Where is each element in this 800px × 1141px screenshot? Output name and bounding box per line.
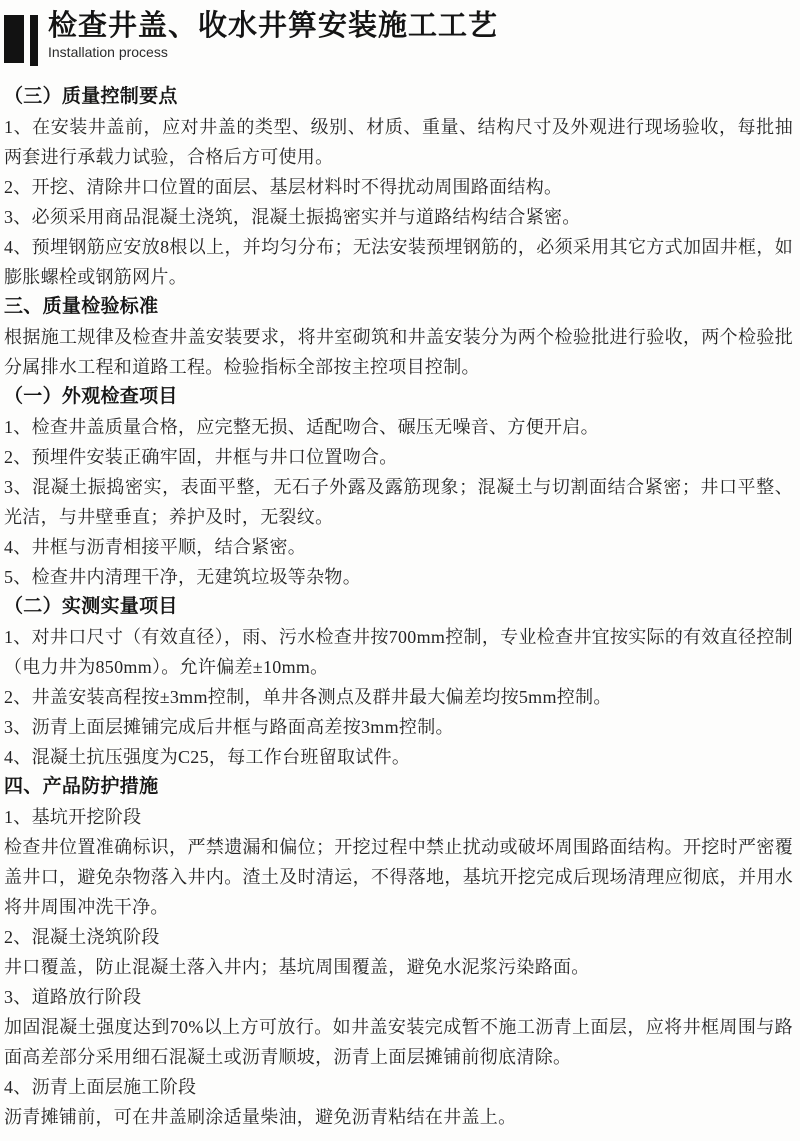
- paragraph: 1、对井口尺寸（有效直径），雨、污水检查井按700mm控制，专业检查井宜按实际的…: [4, 622, 793, 682]
- paragraph: 井口覆盖，防止混凝土落入井内；基坑周围覆盖，避免水泥浆污染路面。: [4, 952, 793, 982]
- section-heading: （二）实测实量项目: [4, 592, 793, 622]
- document-body: （三）质量控制要点1、在安装井盖前，应对井盖的类型、级别、材质、重量、结构尺寸及…: [4, 82, 793, 1132]
- paragraph: 检查井位置准确标识，严禁遗漏和偏位；开挖过程中禁止扰动或破坏周围路面结构。开挖时…: [4, 832, 793, 922]
- paragraph: 2、井盖安装高程按±3mm控制，单井各测点及群井最大偏差均按5mm控制。: [4, 682, 793, 712]
- thin-bar-icon: [30, 15, 38, 66]
- section-heading: 三、质量检验标准: [4, 292, 793, 322]
- document-page: 检查井盖、收水井箅安装施工工艺 Installation process （三）…: [0, 0, 800, 1141]
- document-header: 检查井盖、收水井箅安装施工工艺 Installation process: [4, 8, 793, 66]
- paragraph: 5、检查井内清理干净，无建筑垃圾等杂物。: [4, 562, 793, 592]
- paragraph: 1、基坑开挖阶段: [4, 802, 793, 832]
- paragraph: 3、必须采用商品混凝土浇筑，混凝土振捣密实并与道路结构结合紧密。: [4, 202, 793, 232]
- page-subtitle: Installation process: [48, 44, 498, 61]
- section-heading: 四、产品防护措施: [4, 772, 793, 802]
- paragraph: 3、道路放行阶段: [4, 982, 793, 1012]
- paragraph: 加固混凝土强度达到70%以上方可放行。如井盖安装完成暂不施工沥青上面层，应将井框…: [4, 1012, 793, 1072]
- paragraph: 2、开挖、清除井口位置的面层、基层材料时不得扰动周围路面结构。: [4, 172, 793, 202]
- paragraph: 4、混凝土抗压强度为C25，每工作台班留取试件。: [4, 742, 793, 772]
- paragraph: 1、在安装井盖前，应对井盖的类型、级别、材质、重量、结构尺寸及外观进行现场验收，…: [4, 112, 793, 172]
- title-bars-icon: [4, 8, 38, 66]
- paragraph: 沥青摊铺前，可在井盖刷涂适量柴油，避免沥青粘结在井盖上。: [4, 1102, 793, 1132]
- paragraph: 4、沥青上面层施工阶段: [4, 1072, 793, 1102]
- paragraph: 2、预埋件安装正确牢固，井框与井口位置吻合。: [4, 442, 793, 472]
- paragraph: 4、预埋钢筋应安放8根以上，并均匀分布；无法安装预埋钢筋的，必须采用其它方式加固…: [4, 232, 793, 292]
- paragraph: 根据施工规律及检查井盖安装要求，将井室砌筑和井盖安装分为两个检验批进行验收，两个…: [4, 322, 793, 382]
- thick-bar-icon: [4, 15, 24, 63]
- paragraph: 1、检查井盖质量合格，应完整无损、适配吻合、碾压无噪音、方便开启。: [4, 412, 793, 442]
- paragraph: 3、沥青上面层摊铺完成后井框与路面高差按3mm控制。: [4, 712, 793, 742]
- section-heading: （三）质量控制要点: [4, 82, 793, 112]
- page-title: 检查井盖、收水井箅安装施工工艺: [48, 8, 498, 44]
- paragraph: 3、混凝土振捣密实，表面平整，无石子外露及露筋现象；混凝土与切割面结合紧密；井口…: [4, 472, 793, 532]
- paragraph: 4、井框与沥青相接平顺，结合紧密。: [4, 532, 793, 562]
- section-heading: （一）外观检查项目: [4, 382, 793, 412]
- title-block: 检查井盖、收水井箅安装施工工艺 Installation process: [48, 8, 498, 61]
- paragraph: 2、混凝土浇筑阶段: [4, 922, 793, 952]
